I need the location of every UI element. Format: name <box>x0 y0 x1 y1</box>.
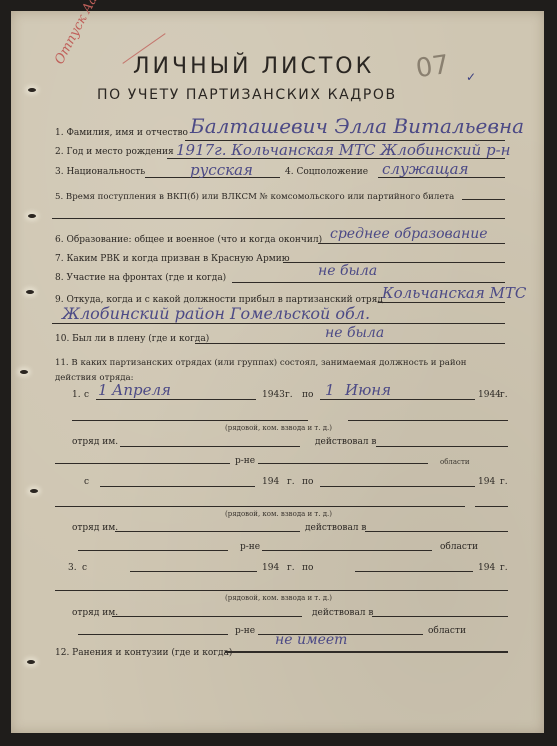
field-label-nationality: 3. Национальность <box>55 167 145 177</box>
document-title: ЛИЧНЫЙ ЛИСТОК <box>133 54 374 79</box>
entry-1-number: 1. <box>72 390 81 400</box>
district-label: р-не <box>240 542 260 552</box>
entry-3-to-year[interactable]: 194 <box>478 563 495 573</box>
to-label: по <box>302 477 313 487</box>
field-value-full-name[interactable]: Балташевич Элла Витальевна <box>190 114 524 138</box>
entry-2-to-year[interactable]: 194 <box>478 477 495 487</box>
rank-hint: (рядовой, ком. взвода и т. д.) <box>225 594 332 602</box>
entry-2-from-year[interactable]: 194 <box>262 477 279 487</box>
acted-label: действовал в <box>312 608 373 618</box>
field-value-arrival-line1[interactable]: Кольчанская МТС <box>382 284 526 302</box>
document-subtitle: ПО УЧЕТУ ПАРТИЗАНСКИХ КАДРОВ <box>97 87 397 103</box>
field-label-full-name: 1. Фамилия, имя и отчество <box>55 128 188 138</box>
binder-hole <box>30 489 38 493</box>
binder-hole <box>20 370 28 374</box>
district-label: р-не <box>235 626 255 636</box>
field-label-captivity: 10. Был ли в плену (где и когда) <box>55 334 209 344</box>
field-value-social-status[interactable]: служащая <box>382 160 469 178</box>
detachment-label: отряд им. <box>72 437 118 447</box>
field-value-nationality[interactable]: русская <box>190 161 253 179</box>
year-suffix: г. <box>287 477 295 487</box>
from-label: с <box>82 563 87 573</box>
entry-1-to-month[interactable]: Июня <box>345 381 391 399</box>
year-suffix: г. <box>500 477 508 487</box>
detachment-label: отряд им. <box>72 523 118 533</box>
field-value-captivity[interactable]: не была <box>325 325 384 341</box>
year-suffix: г. <box>500 563 508 573</box>
binder-hole <box>28 88 36 92</box>
pencil-corner-mark: 07 <box>414 50 451 84</box>
district-label: р-не <box>235 456 255 466</box>
entry-3-number: 3. <box>68 563 77 573</box>
to-label: по <box>302 563 313 573</box>
entry-1-from-year[interactable]: 1943 <box>262 390 285 400</box>
entry-1-from-month[interactable]: Апреля <box>112 381 171 399</box>
region-label: области <box>428 626 466 636</box>
field-value-birth[interactable]: 1917г. Кольчанская МТС Жлобинский р-н <box>176 141 511 159</box>
field-value-fronts[interactable]: не была <box>318 263 377 279</box>
entry-3-from-year[interactable]: 194 <box>262 563 279 573</box>
field-label-social-status: 4. Соцположение <box>285 167 368 177</box>
field-label-fronts: 8. Участие на фронтах (где и когда) <box>55 273 226 283</box>
field-label-education: 6. Образование: общее и военное (что и к… <box>55 235 322 245</box>
field-label-wounds: 12. Ранения и контузии (где и когда) <box>55 648 232 658</box>
region-label: области <box>440 542 478 552</box>
field-value-wounds[interactable]: не имеет <box>275 632 347 648</box>
to-label: по <box>302 390 313 400</box>
binder-hole <box>28 214 36 218</box>
binder-hole <box>27 660 35 664</box>
rank-hint: (рядовой, ком. взвода и т. д.) <box>225 510 332 518</box>
region-label: области <box>440 458 470 466</box>
year-suffix: г. <box>500 390 508 400</box>
entry-1-to-year[interactable]: 1944 <box>478 390 501 400</box>
entry-1-to-day[interactable]: 1 <box>325 381 335 399</box>
field-label-birth: 2. Год и место рождения <box>55 147 174 157</box>
check-mark-icon: ✓ <box>466 70 476 84</box>
field-value-education[interactable]: среднее образование <box>330 226 488 242</box>
year-suffix: г. <box>285 390 293 400</box>
entry-1-from-day[interactable]: 1 <box>98 381 108 399</box>
acted-label: действовал в <box>305 523 366 533</box>
rank-hint: (рядовой, ком. взвода и т. д.) <box>225 424 332 432</box>
year-suffix: г. <box>287 563 295 573</box>
field-label-party: 5. Время поступления в ВКП(б) или ВЛКСМ … <box>55 192 454 202</box>
field-label-army: 7. Каким РВК и когда призван в Красную А… <box>55 254 290 264</box>
binder-hole <box>26 290 34 294</box>
from-label: с <box>84 390 89 400</box>
field-value-arrival-line2[interactable]: Жлобинский район Гомельской обл. <box>62 304 370 323</box>
acted-label: действовал в <box>315 437 376 447</box>
from-label: с <box>84 477 89 487</box>
